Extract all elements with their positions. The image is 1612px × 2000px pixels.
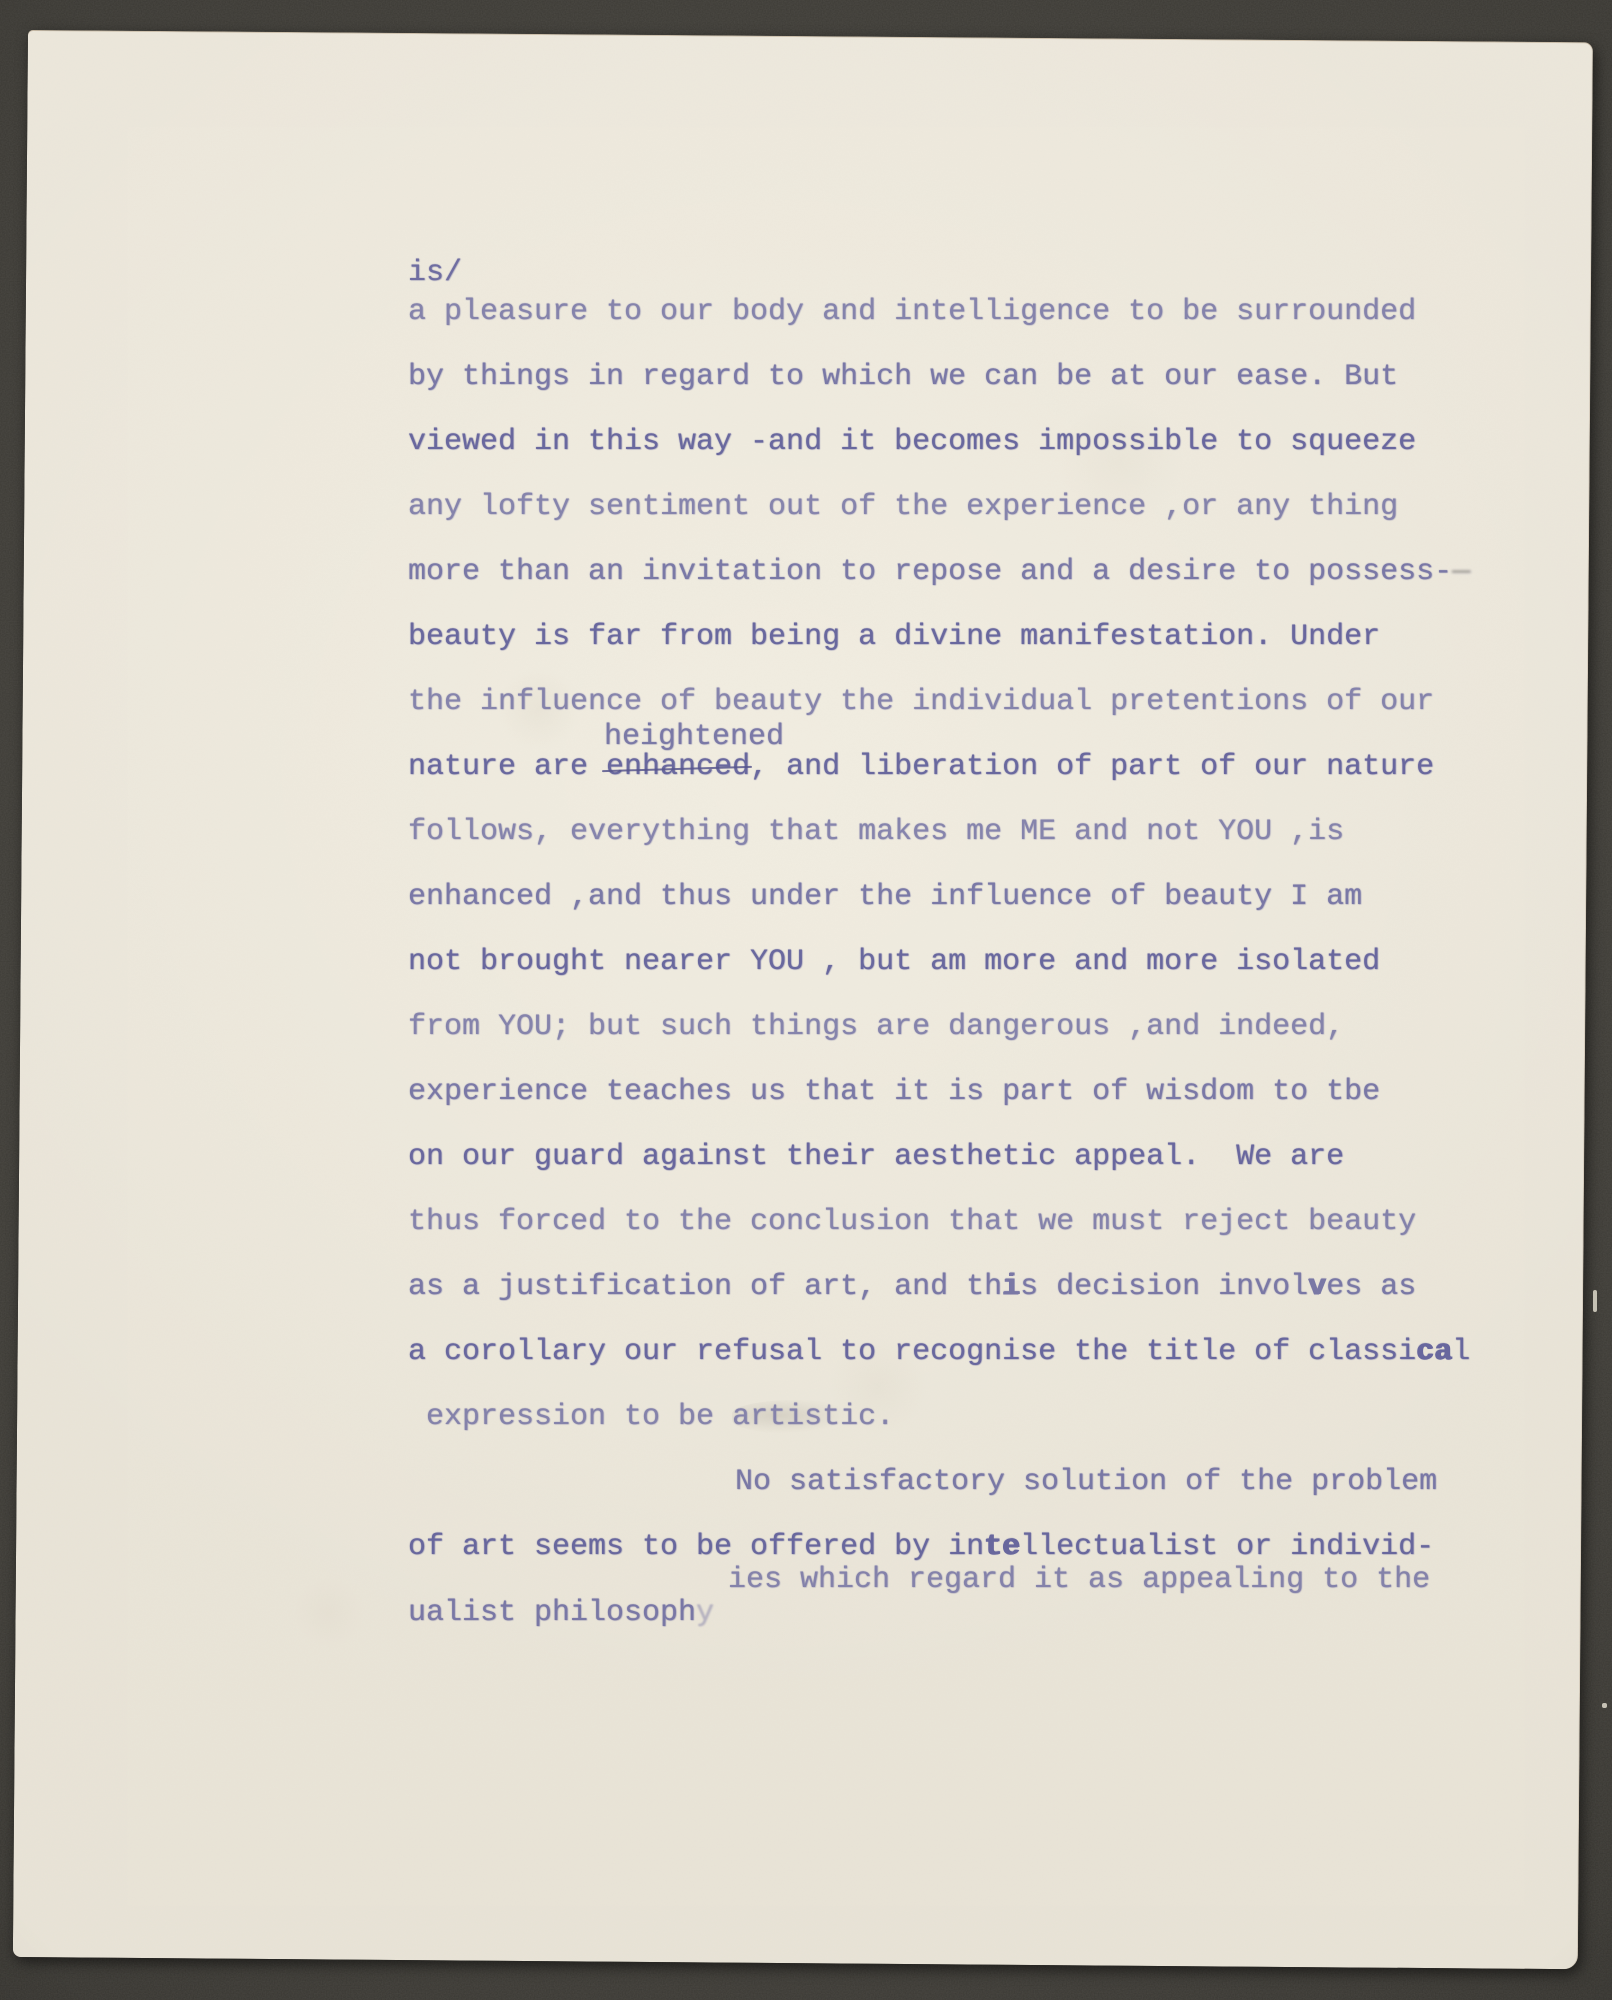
- text-segment: is/: [408, 256, 462, 290]
- text-segment: by things in regard to which we can be a…: [408, 360, 1398, 394]
- typescript-line: on our guard against their aesthetic app…: [408, 1142, 1344, 1172]
- typescript-line: more than an invitation to repose and a …: [408, 557, 1470, 587]
- text-segment: es as: [1326, 1270, 1416, 1304]
- typescript-line: any lofty sentiment out of the experienc…: [408, 492, 1398, 522]
- typescript-line: by things in regard to which we can be a…: [408, 362, 1398, 392]
- text-segment: of art seems to be offered by in: [408, 1530, 984, 1564]
- text-segment-overstrike: te: [984, 1530, 1020, 1564]
- text-segment: as a justification of art, and th: [408, 1270, 1002, 1304]
- typescript-line: follows, everything that makes me ME and…: [408, 817, 1344, 847]
- text-segment: enhanced ,and thus under the influence o…: [408, 880, 1362, 914]
- text-segment: , and liberation of part of our nature: [750, 750, 1434, 784]
- text-segment: heightened: [604, 720, 784, 754]
- scan-desk-background: is/a pleasure to our body and intelligen…: [0, 0, 1612, 2000]
- typescript-text-layer: is/a pleasure to our body and intelligen…: [0, 0, 1612, 2000]
- scan-speck: [1593, 1290, 1597, 1312]
- typescript-line: ualist philosophy: [408, 1598, 714, 1628]
- typescript-line: experience teaches us that it is part of…: [408, 1077, 1380, 1107]
- text-segment-overstrike: i: [1002, 1270, 1020, 1304]
- text-segment: nature are: [408, 750, 606, 784]
- text-segment: -: [1434, 555, 1452, 589]
- text-segment: llectualist or individ-: [1020, 1530, 1434, 1564]
- typescript-line: ies which regard it as appealing to the: [728, 1565, 1430, 1595]
- typescript-line: viewed in this way -and it becomes impos…: [408, 427, 1416, 457]
- typescript-line: a corollary our refusal to recognise the…: [408, 1337, 1470, 1367]
- typescript-line: from YOU; but such things are dangerous …: [408, 1012, 1344, 1042]
- typescript-line: is/: [408, 258, 462, 288]
- text-segment-strike: enhanced: [606, 750, 750, 784]
- text-segment: experience teaches us that it is part of…: [408, 1075, 1380, 1109]
- typescript-line: heightened: [604, 722, 784, 752]
- typescript-line: of art seems to be offered by intellectu…: [408, 1532, 1434, 1562]
- text-segment: No satisfactory solution of the problem: [735, 1465, 1437, 1499]
- text-segment: thus forced to the conclusion that we mu…: [408, 1205, 1416, 1239]
- typescript-line: beauty is far from being a divine manife…: [408, 622, 1380, 652]
- text-segment-faint: y: [696, 1596, 714, 1630]
- text-segment: a corollary our refusal to recognise the…: [408, 1335, 1416, 1369]
- text-segment: ualist philosoph: [408, 1596, 696, 1630]
- text-segment-smudge-bg: artistic.: [732, 1400, 894, 1434]
- typescript-line: not brought nearer YOU , but am more and…: [408, 947, 1380, 977]
- text-segment: a pleasure to our body and intelligence …: [408, 295, 1416, 329]
- text-segment: on our guard against their aesthetic app…: [408, 1140, 1344, 1174]
- typescript-line: nature are enhanced, and liberation of p…: [408, 752, 1434, 782]
- typescript-line: thus forced to the conclusion that we mu…: [408, 1207, 1416, 1237]
- typescript-line: enhanced ,and thus under the influence o…: [408, 882, 1362, 912]
- typescript-line: as a justification of art, and this deci…: [408, 1272, 1416, 1302]
- text-segment: s decision invol: [1020, 1270, 1308, 1304]
- typescript-line: the influence of beauty the individual p…: [408, 687, 1434, 717]
- typescript-line: a pleasure to our body and intelligence …: [408, 297, 1416, 327]
- typescript-line: expression to be artistic.: [408, 1402, 894, 1432]
- text-segment-overstrike: ca: [1416, 1335, 1452, 1369]
- text-segment: beauty is far from being a divine manife…: [408, 620, 1380, 654]
- text-segment-overstrike: v: [1308, 1270, 1326, 1304]
- text-segment: from YOU; but such things are dangerous …: [408, 1010, 1344, 1044]
- text-segment: the influence of beauty the individual p…: [408, 685, 1434, 719]
- text-segment: follows, everything that makes me ME and…: [408, 815, 1344, 849]
- text-segment: more than an invitation to repose and a …: [408, 555, 1434, 589]
- scan-speck: [1602, 1703, 1607, 1708]
- text-segment: viewed in this way -and it becomes impos…: [408, 425, 1416, 459]
- text-segment: ies which regard it as appealing to the: [728, 1563, 1430, 1597]
- text-segment: any lofty sentiment out of the experienc…: [408, 490, 1398, 524]
- typescript-line: No satisfactory solution of the problem: [735, 1467, 1437, 1497]
- text-segment-smudge: —: [1452, 555, 1470, 589]
- text-segment: not brought nearer YOU , but am more and…: [408, 945, 1380, 979]
- text-segment: l: [1452, 1335, 1470, 1369]
- text-segment: expression to be: [408, 1400, 732, 1434]
